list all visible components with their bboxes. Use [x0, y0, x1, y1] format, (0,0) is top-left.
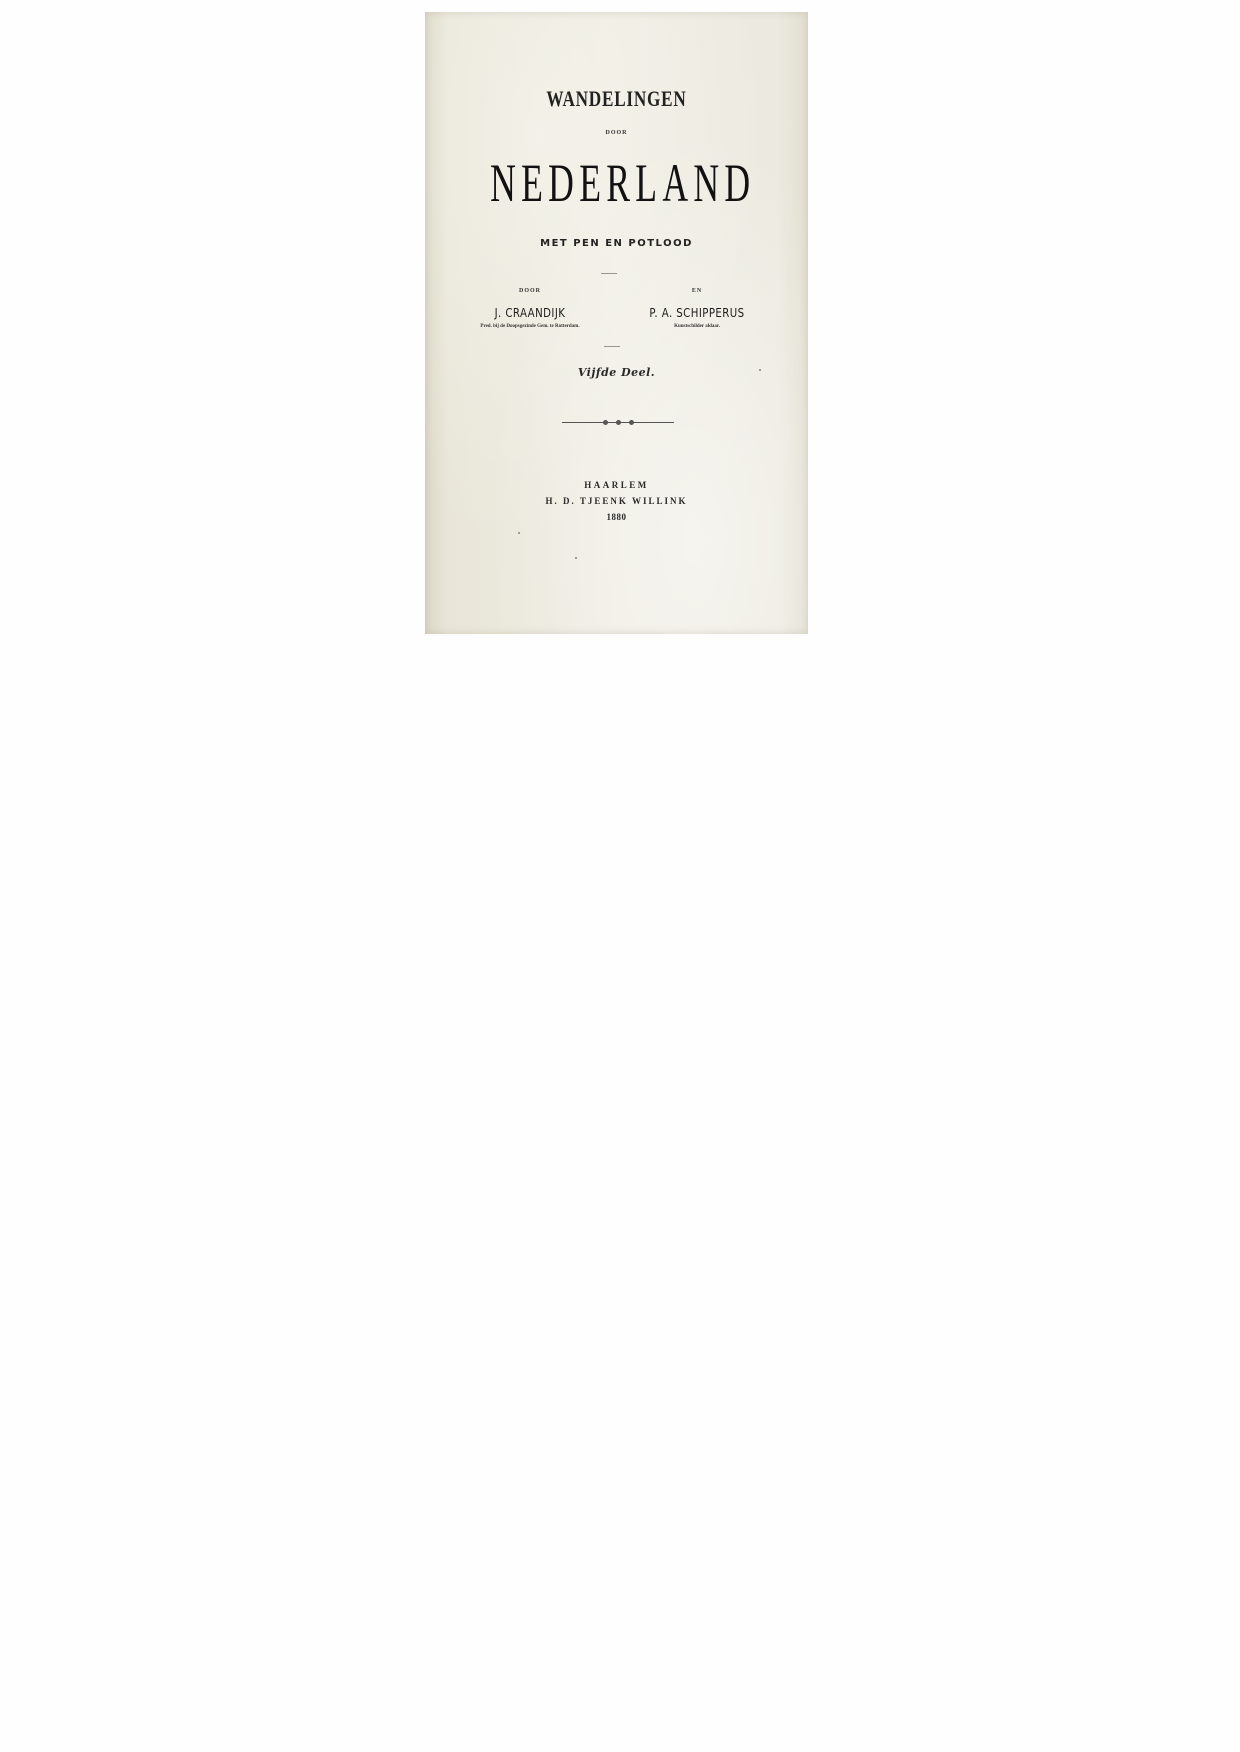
main-title-nederland: NEDERLAND — [490, 152, 743, 214]
author-name: J. CRAANDIJK — [458, 306, 603, 320]
ornament-dot — [629, 420, 634, 425]
paper-speck — [575, 557, 577, 559]
author-prefix: DOOR — [445, 288, 615, 294]
ornamental-rule — [562, 419, 674, 427]
ornament-dot — [603, 420, 608, 425]
title-line-wandelingen: WANDELINGEN — [467, 86, 766, 112]
divider-rule-top — [601, 273, 617, 274]
author-name: P. A. SCHIPPERUS — [632, 306, 761, 320]
author-caption: Pred. bij de Doopsgezinde Gem. te Rotter… — [445, 324, 615, 329]
author-schipperus: EN P. A. SCHIPPERUS Kunstschilder aldaar… — [621, 288, 773, 329]
subtitle: MET PEN EN POTLOOD — [425, 238, 808, 249]
scanned-title-page: WANDELINGEN DOOR NEDERLAND MET PEN EN PO… — [425, 12, 808, 634]
imprint-city: HAARLEM — [425, 480, 808, 490]
volume-label: Vijfde Deel. — [425, 366, 808, 379]
paper-speck — [518, 532, 520, 534]
divider-rule-middle — [604, 346, 620, 347]
author-craandijk: DOOR J. CRAANDIJK Pred. bij de Doopsgezi… — [445, 288, 615, 329]
author-prefix: EN — [621, 288, 773, 294]
title-connector-door: DOOR — [425, 130, 808, 136]
ornament-dot — [616, 420, 621, 425]
paper-speck — [759, 369, 761, 371]
imprint-year: 1880 — [425, 512, 808, 522]
imprint-publisher: H. D. TJEENK WILLINK — [425, 496, 808, 506]
author-caption: Kunstschilder aldaar. — [621, 324, 773, 329]
